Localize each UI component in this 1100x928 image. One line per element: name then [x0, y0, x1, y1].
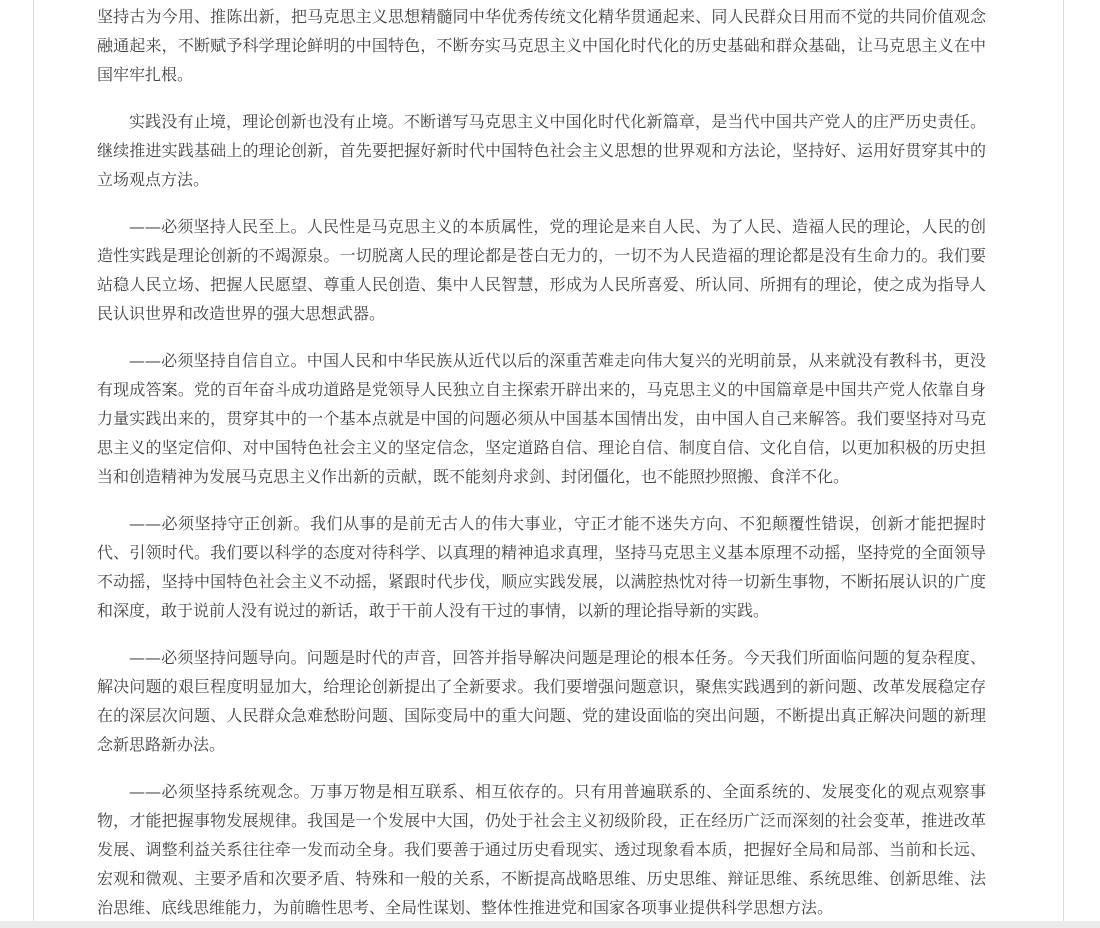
footer-strip	[0, 921, 1100, 928]
paragraph-integrity-innovation: ——必须坚持守正创新。我们从事的是前无古人的伟大事业，守正才能不迷失方向、不犯颠…	[97, 509, 986, 625]
article-body: 坚持古为今用、推陈出新，把马克思主义思想精髓同中华优秀传统文化精华贯通起来、同人…	[97, 0, 986, 921]
paragraph-problem-oriented: ——必须坚持问题导向。问题是时代的声音，回答并指导解决问题是理论的根本任务。今天…	[97, 643, 986, 759]
paragraph-self-confidence: ——必须坚持自信自立。中国人民和中华民族从近代以后的深重苦难走向伟大复兴的光明前…	[97, 346, 986, 491]
page: 坚持古为今用、推陈出新，把马克思主义思想精髓同中华优秀传统文化精华贯通起来、同人…	[0, 0, 1100, 928]
paragraph-people-first: ——必须坚持人民至上。人民性是马克思主义的本质属性，党的理论是来自人民、为了人民…	[97, 212, 986, 328]
paragraph-systems-concept: ——必须坚持系统观念。万事万物是相互联系、相互依存的。只有用普遍联系的、全面系统…	[97, 777, 986, 921]
article-panel: 坚持古为今用、推陈出新，把马克思主义思想精髓同中华优秀传统文化精华贯通起来、同人…	[33, 0, 1064, 921]
paragraph-continuation: 坚持古为今用、推陈出新，把马克思主义思想精髓同中华优秀传统文化精华贯通起来、同人…	[97, 2, 986, 89]
paragraph-practice-no-limits: 实践没有止境，理论创新也没有止境。不断谱写马克思主义中国化时代化新篇章，是当代中…	[97, 107, 986, 194]
